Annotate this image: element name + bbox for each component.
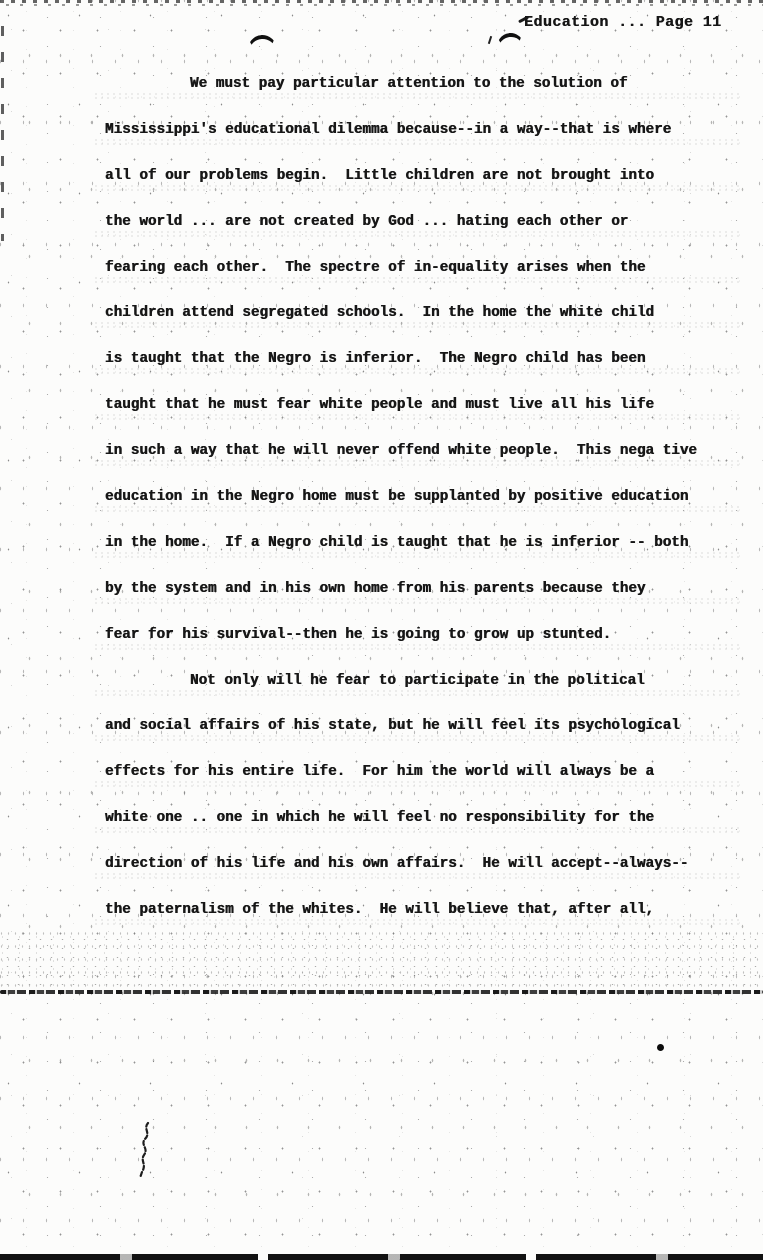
bottom-edge-line <box>0 1254 763 1260</box>
text-line: taught that he must fear white people an… <box>105 383 735 429</box>
left-edge-dashes <box>1 26 4 241</box>
top-edge-dots <box>0 0 763 3</box>
pen-arc-mark <box>246 34 277 52</box>
scanned-document-page: Education ... Page 11 We must pay partic… <box>0 0 763 1260</box>
text-line: fear for his survival--then he is going … <box>105 613 735 659</box>
text-line: is taught that the Negro is inferior. Th… <box>105 337 735 383</box>
text-line: We must pay particular attention to the … <box>105 62 735 108</box>
text-line: and social affairs of his state, but he … <box>105 704 735 750</box>
top-edge-dots <box>0 4 763 6</box>
text-line: effects for his entire life. For him the… <box>105 750 735 796</box>
text-line: Not only will he fear to participate in … <box>105 659 735 705</box>
pen-arc-mark <box>495 32 524 50</box>
text-line: white one .. one in which he will feel n… <box>105 796 735 842</box>
text-line: by the system and in his own home from h… <box>105 567 735 613</box>
pen-tick-mark <box>488 36 492 44</box>
text-line: Mississippi's educational dilemma becaus… <box>105 108 735 154</box>
text-line: in such a way that he will never offend … <box>105 429 735 475</box>
page-header: Education ... Page 11 <box>524 14 721 31</box>
ink-dot <box>657 1044 664 1051</box>
text-line: the paternalism of the whites. He will b… <box>105 888 735 934</box>
text-line: children attend segregated schools. In t… <box>105 291 735 337</box>
pen-squiggle-mark <box>134 1120 158 1182</box>
text-line: in the home. If a Negro child is taught … <box>105 521 735 567</box>
text-line: direction of his life and his own affair… <box>105 842 735 888</box>
dense-speckle-band <box>0 932 763 990</box>
text-line: all of our problems begin. Little childr… <box>105 154 735 200</box>
divider-noise-line <box>0 990 763 994</box>
text-line: education in the Negro home must be supp… <box>105 475 735 521</box>
text-line: the world ... are not created by God ...… <box>105 200 735 246</box>
document-body: We must pay particular attention to the … <box>105 62 735 934</box>
text-line: fearing each other. The spectre of in-eq… <box>105 246 735 292</box>
